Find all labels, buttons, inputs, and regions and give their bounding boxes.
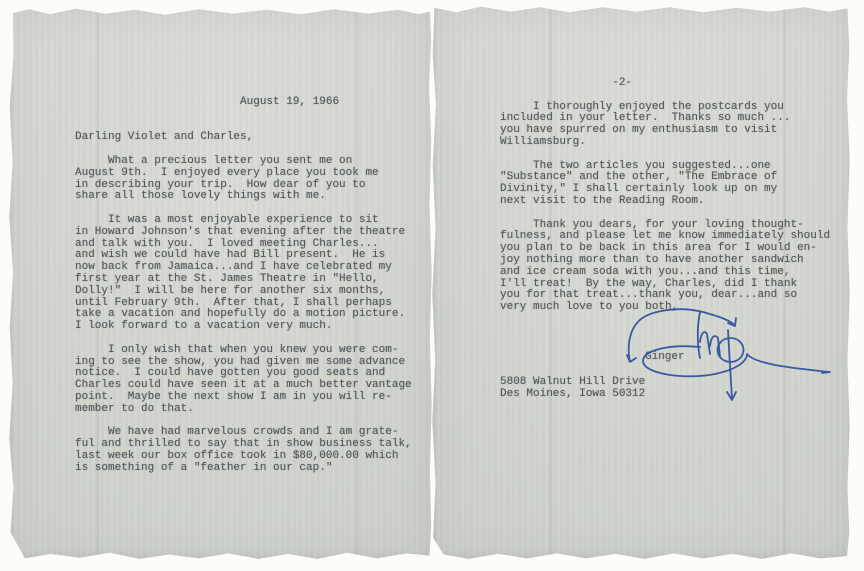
letter-line: share all those lovely things with me.	[75, 190, 412, 202]
letter-line: joy nothing more than to have another sa…	[500, 254, 830, 266]
letter-line	[75, 202, 412, 214]
letter-line: It was a most enjoyable experience to si…	[75, 214, 412, 226]
letter-line: I'll treat! By the way, Charles, did I t…	[500, 278, 830, 290]
letter-line: in Howard Johnson's that evening after t…	[75, 226, 412, 238]
letter-line	[75, 120, 412, 132]
letter-line: What a precious letter you sent me on	[75, 155, 412, 167]
letter-line	[500, 89, 830, 101]
return-address: 5808 Walnut Hill DriveDes Moines, Iowa 5…	[500, 376, 645, 400]
letter-line: member to do that.	[75, 403, 412, 415]
letter-line: fulness, and please let me know immediat…	[500, 230, 830, 242]
letter-line: -2-	[500, 77, 830, 89]
letter-line: ing to see the show, you had given me so…	[75, 356, 412, 368]
letter-page-1: August 19, 1966Darling Violet and Charle…	[8, 7, 432, 560]
letter-line: Charles could have seen it at a much bet…	[75, 379, 412, 391]
letter-line: The two articles you suggested...one	[500, 160, 830, 172]
letter-line: until February 9th. After that, I shall …	[75, 297, 412, 309]
letter-line: first year at the St. James Theatre in "…	[75, 273, 412, 285]
letter-line: 5808 Walnut Hill Drive	[500, 376, 645, 388]
letter-line	[500, 148, 830, 160]
letter-line: you have spurred on my enthusiasm to vis…	[500, 124, 830, 136]
letter-line: Des Moines, Iowa 50312	[500, 388, 645, 400]
signature-scrawl	[585, 300, 845, 448]
letter-line	[500, 207, 830, 219]
letter-line: point. Maybe the next show I am in you w…	[75, 391, 412, 403]
page2-text: -2- I thoroughly enjoyed the postcards y…	[500, 77, 830, 313]
letter-line: August 19, 1966	[75, 96, 412, 108]
letter-line: next visit to the Reading Room.	[500, 195, 830, 207]
letter-line: Divinity," I shall certainly look up on …	[500, 183, 830, 195]
letter-line: and wish we could have had Bill present.…	[75, 249, 412, 261]
letter-line: We have had marvelous crowds and I am gr…	[75, 426, 412, 438]
letter-line: included in your letter. Thanks so much …	[500, 112, 830, 124]
letter-line: take a vacation and hopefully do a motio…	[75, 308, 412, 320]
letter-line	[75, 108, 412, 120]
letter-line: is something of a "feather in our cap."	[75, 462, 412, 474]
letter-line: and ice cream soda with you...and this t…	[500, 266, 830, 278]
letter-line: in describing your trip. How dear of you…	[75, 179, 412, 191]
letter-line: I thoroughly enjoyed the postcards you	[500, 101, 830, 113]
letter-line: very much love to you both,	[500, 301, 830, 313]
letter-line: notice. I could have gotten you good sea…	[75, 367, 412, 379]
letter-scan: August 19, 1966Darling Violet and Charle…	[0, 0, 864, 571]
letter-line	[75, 143, 412, 155]
page1-text: August 19, 1966Darling Violet and Charle…	[75, 96, 412, 474]
letter-page-2: -2- I thoroughly enjoyed the postcards y…	[431, 5, 850, 560]
letter-line: Thank you dears, for your loving thought…	[500, 219, 830, 231]
letter-line	[75, 415, 412, 427]
letter-line: you plan to be back in this area for I w…	[500, 242, 830, 254]
letter-line: ful and thrilled to say that in show bus…	[75, 438, 412, 450]
letter-line: I look forward to a vacation very much.	[75, 320, 412, 332]
letter-line: Dolly!" I will be here for another six m…	[75, 285, 412, 297]
letter-line: you for that treat...thank you, dear...a…	[500, 289, 830, 301]
letter-line: I only wish that when you knew you were …	[75, 344, 412, 356]
letter-line: August 9th. I enjoyed every place you to…	[75, 167, 412, 179]
signature-typed-name: Ginger	[645, 351, 685, 363]
letter-line: and talk with you. I loved meeting Charl…	[75, 238, 412, 250]
letter-line: now back from Jamaica...and I have celeb…	[75, 261, 412, 273]
letter-line: Darling Violet and Charles,	[75, 131, 412, 143]
letter-line: last week our box office took in $80,000…	[75, 450, 412, 462]
letter-line: "Substance" and the other, "The Embrace …	[500, 171, 830, 183]
letter-line: Williamsburg.	[500, 136, 830, 148]
letter-line	[75, 332, 412, 344]
